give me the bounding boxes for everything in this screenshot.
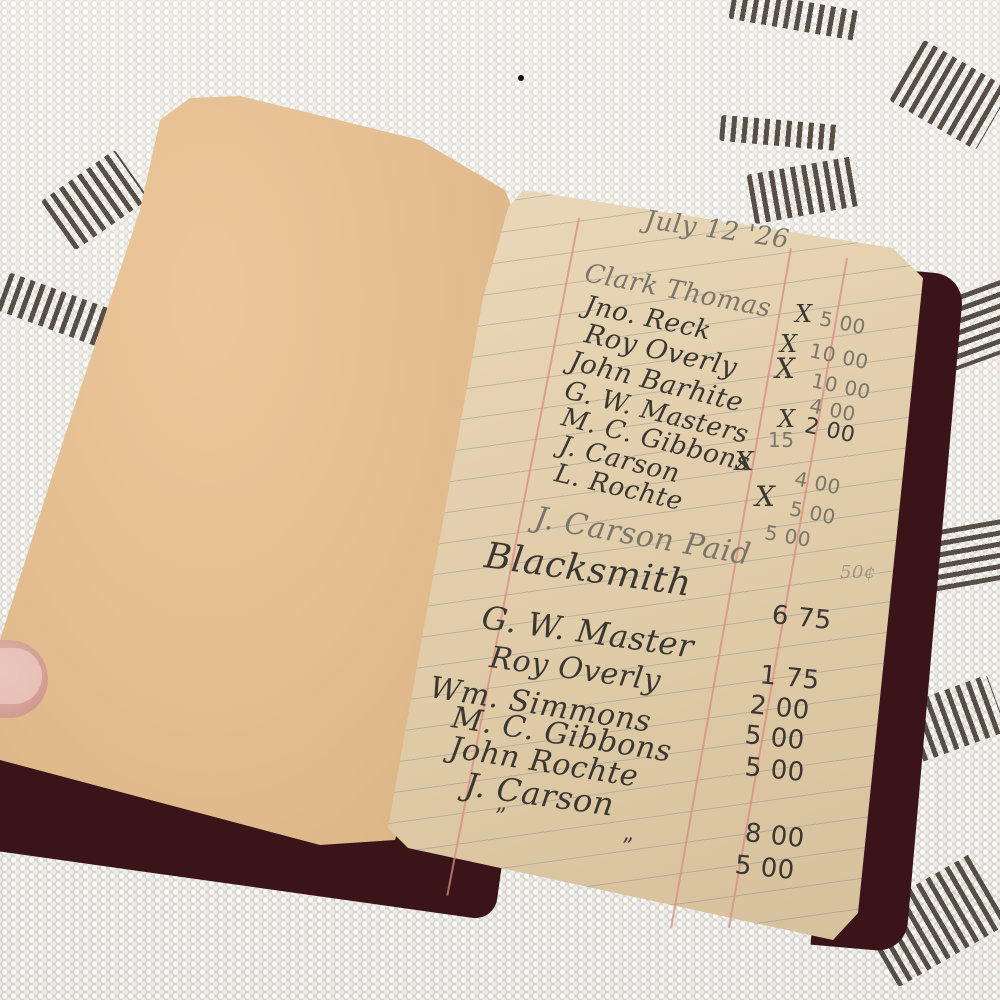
faint-note: 50¢ xyxy=(840,562,876,583)
blacksmith-entry-amount: 6 75 xyxy=(770,600,833,636)
blacksmith-entry-amount: 1 75 xyxy=(758,660,821,696)
blacksmith-entry-amount: 5 00 xyxy=(733,850,796,886)
blacksmith-entry-amount: 5 00 xyxy=(743,752,806,788)
ledger-entry-mark: X xyxy=(795,300,813,328)
ledger-entry-amount: 15 xyxy=(768,428,794,452)
ledger-entry-mark: X xyxy=(755,480,775,513)
blacksmith-entry-amount: 8 00 xyxy=(743,818,806,854)
ledger-entry-mark: X xyxy=(775,352,795,385)
open-notebook: July 12 '26 Clark Thomas X 5 00 Jno. Rec… xyxy=(0,0,1000,1000)
ledger-entry-mark: X xyxy=(735,447,754,477)
ditto-mark: ” xyxy=(495,805,507,830)
blacksmith-entry-amount: 5 00 xyxy=(743,720,806,756)
ditto-mark: ” xyxy=(622,835,634,860)
